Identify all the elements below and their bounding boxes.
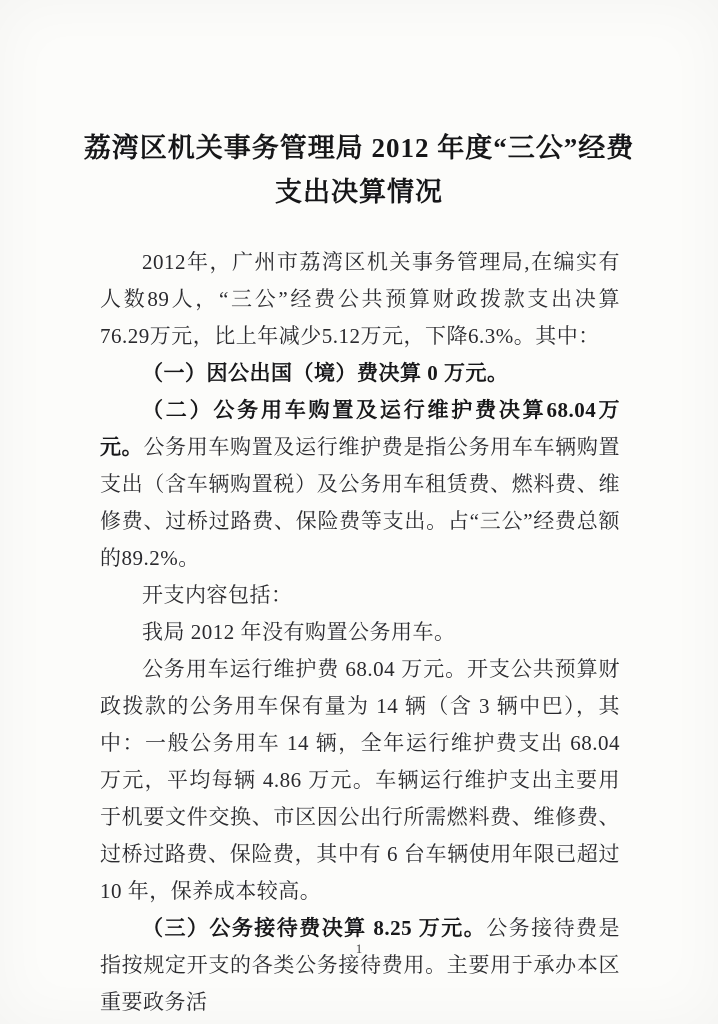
paragraph-text-run: 开支内容包括： — [142, 583, 293, 607]
document-body: 2012年，广州市荔湾区机关事务管理局,在编实有人数89人，“三公”经费公共预算… — [100, 244, 620, 1021]
document-title: 荔湾区机关事务管理局 2012 年度“三公”经费 支出决算情况 — [56, 126, 662, 214]
paragraph-text-run: 我局 2012 年没有购置公务用车。 — [142, 620, 456, 644]
document-title-line-1: 荔湾区机关事务管理局 2012 年度“三公”经费 — [56, 126, 662, 170]
document-title-line-2: 支出决算情况 — [56, 170, 662, 214]
paragraph-intro: 2012年，广州市荔湾区机关事务管理局,在编实有人数89人，“三公”经费公共预算… — [100, 244, 620, 355]
paragraph-bold-run: （一）因公出国（境）费决算 0 万元。 — [142, 361, 509, 385]
page-number: 1 — [0, 941, 718, 957]
scanned-document-page: 荔湾区机关事务管理局 2012 年度“三公”经费 支出决算情况 2012年，广州… — [0, 0, 718, 1024]
paragraph-item-1: （一）因公出国（境）费决算 0 万元。 — [100, 355, 620, 392]
paragraph-text-run: 公务用车购置及运行维护费是指公务用车车辆购置支出（含车辆购置税）及公务用车租赁费… — [100, 435, 620, 570]
paragraph-vehicle-maintenance: 公务用车运行维护费 68.04 万元。开支公共预算财政拨款的公务用车保有量为 1… — [100, 651, 620, 910]
paragraph-bold-run: （三）公务接待费决算 8.25 万元。 — [142, 916, 486, 940]
paragraph-no-purchase: 我局 2012 年没有购置公务用车。 — [100, 614, 620, 651]
paragraph-text-run: 公务用车运行维护费 68.04 万元。开支公共预算财政拨款的公务用车保有量为 1… — [100, 657, 620, 903]
paragraph-item-3: （三）公务接待费决算 8.25 万元。公务接待费是指按规定开支的各类公务接待费用… — [100, 910, 620, 1021]
paragraph-text-run: 2012年，广州市荔湾区机关事务管理局,在编实有人数89人，“三公”经费公共预算… — [100, 250, 620, 348]
paragraph-expense-contents: 开支内容包括： — [100, 577, 620, 614]
paragraph-item-2: （二）公务用车购置及运行维护费决算68.04万元。公务用车购置及运行维护费是指公… — [100, 392, 620, 577]
